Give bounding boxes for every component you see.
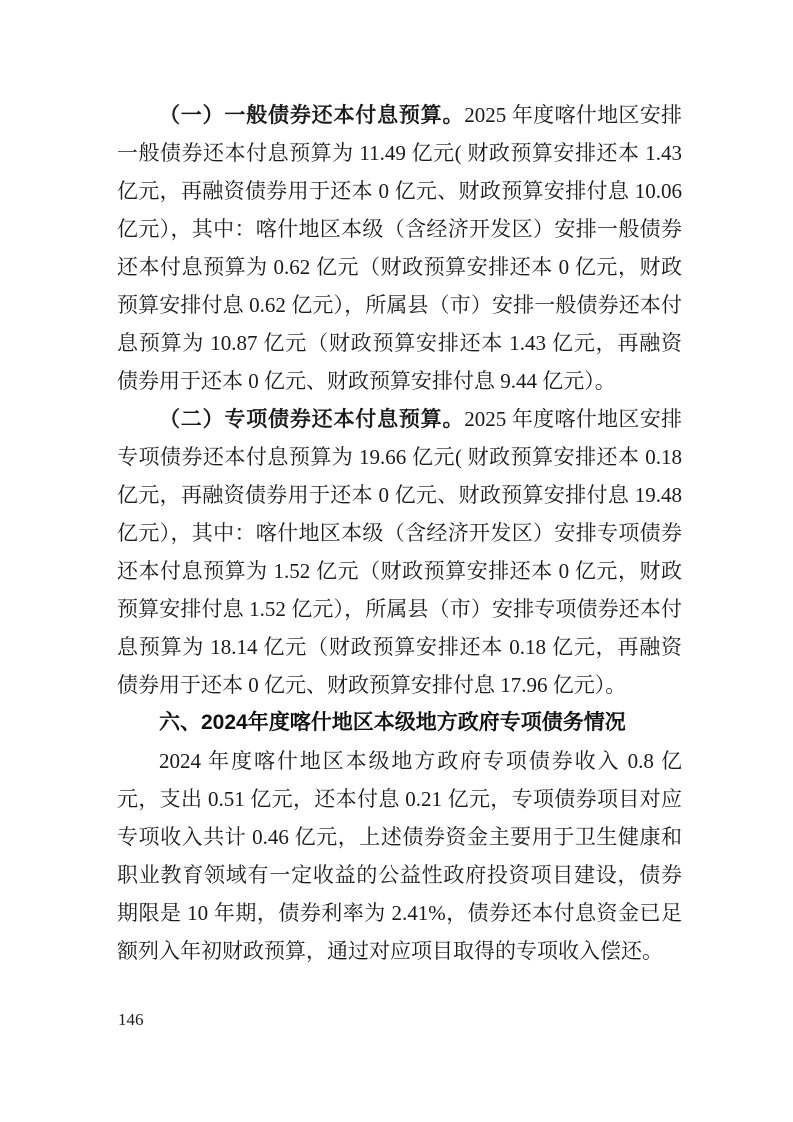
paragraph-special-debt-2024: 2024 年度喀什地区本级地方政府专项债券收入 0.8 亿元，支出 0.51 亿…	[117, 742, 682, 970]
paragraph-text-general-bond: 2025 年度喀什地区安排一般债券还本付息预算为 11.49 亿元( 财政预算安…	[117, 103, 682, 393]
paragraph-lead-general-bond: （一）一般债券还本付息预算。	[159, 103, 464, 127]
document-content: （一）一般债券还本付息预算。2025 年度喀什地区安排一般债券还本付息预算为 1…	[117, 96, 682, 970]
document-page: （一）一般债券还本付息预算。2025 年度喀什地区安排一般债券还本付息预算为 1…	[0, 0, 793, 1122]
paragraph-lead-special-bond: （二）专项债券还本付息预算。	[159, 407, 464, 431]
paragraph-text-special-bond: 2025 年度喀什地区安排专项债券还本付息预算为 19.66 亿元( 财政预算安…	[117, 407, 682, 697]
paragraph-general-bond-repayment: （一）一般债券还本付息预算。2025 年度喀什地区安排一般债券还本付息预算为 1…	[117, 96, 682, 400]
paragraph-text-special-debt-2024: 2024 年度喀什地区本级地方政府专项债券收入 0.8 亿元，支出 0.51 亿…	[117, 749, 682, 963]
page-number: 146	[118, 1008, 144, 1032]
section-heading-special-debt-2024: 六、2024年度喀什地区本级地方政府专项债务情况	[117, 704, 682, 742]
paragraph-special-bond-repayment: （二）专项债券还本付息预算。2025 年度喀什地区安排专项债券还本付息预算为 1…	[117, 400, 682, 704]
